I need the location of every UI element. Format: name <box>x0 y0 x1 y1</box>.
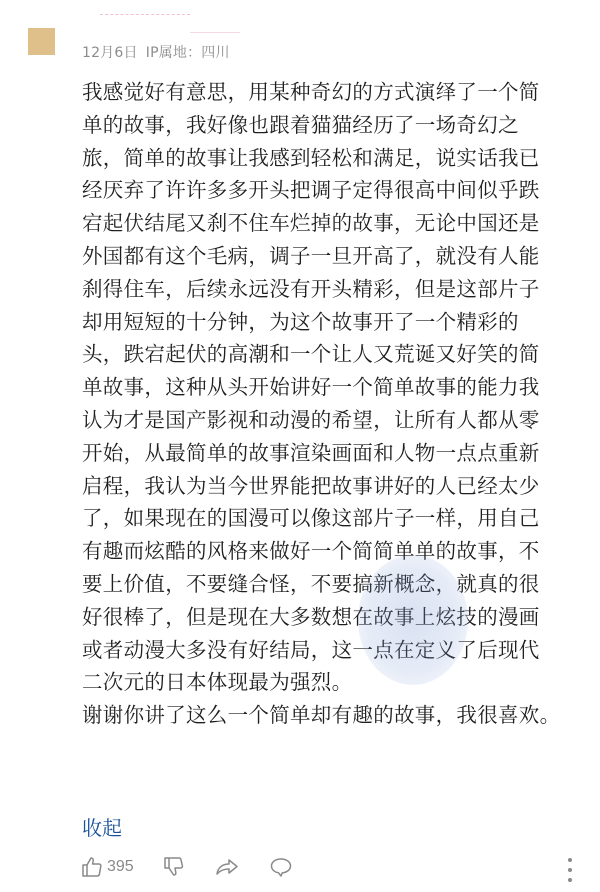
share-button[interactable] <box>214 855 240 879</box>
reply-button[interactable] <box>268 855 294 879</box>
comment-line: 或者动漫大多没有好结局，这一点在定义了后现代 <box>82 634 600 667</box>
like-button[interactable]: 395 <box>80 855 134 879</box>
thumbs-down-icon <box>162 855 186 879</box>
comment-line: 要上价值，不要缝合怪，不要搞新概念，就真的很 <box>82 568 600 601</box>
collapse-link[interactable]: 收起 <box>82 812 122 841</box>
comment-line: 却用短短的十分钟，为这个故事开了一个精彩的 <box>82 306 600 339</box>
comment-line: 二次元的日本体现最为强烈。 <box>82 666 600 699</box>
comment-line: 单故事，这种从头开始讲好一个简单故事的能力我 <box>82 371 600 404</box>
share-icon <box>214 855 240 879</box>
comment-line: 了，如果现在的国漫可以像这部片子一样，用自己 <box>82 502 600 535</box>
header-decoration <box>100 14 190 17</box>
avatar[interactable] <box>28 28 55 55</box>
comment-icon <box>268 855 294 879</box>
more-vertical-icon <box>568 878 572 882</box>
like-count: 395 <box>107 858 134 876</box>
dislike-button[interactable] <box>162 855 186 879</box>
comment-line: 旅，简单的故事让我感到轻松和满足，说实话我已 <box>82 142 600 175</box>
comment-line: 头，跌宕起伏的高潮和一个让人又荒诞又好笑的简 <box>82 338 600 371</box>
comment-line: 好很棒了，但是现在大多数想在故事上炫技的漫画 <box>82 601 600 634</box>
comment-line: 有趣而炫酷的风格来做好一个简简单单的故事，不 <box>82 535 600 568</box>
comment-line: 启程，我认为当今世界能把故事讲好的人已经太少 <box>82 470 600 503</box>
more-vertical-icon <box>568 868 572 872</box>
comment-line: 宕起伏结尾又刹不住车烂掉的故事，无论中国还是 <box>82 207 600 240</box>
thumbs-up-icon <box>80 855 104 879</box>
comment-line: 刹得住车，后续永远没有开头精彩，但是这部片子 <box>82 273 600 306</box>
comment-line: 单的故事，我好像也跟着猫猫经历了一场奇幻之 <box>82 109 600 142</box>
registered-mark-icon: ® <box>438 545 447 555</box>
comment-line: 经厌弃了许许多多开头把调子定得很高中间似乎跌 <box>82 174 600 207</box>
comment-line: 开始，从最简单的故事渲染画面和人物一点点重新 <box>82 437 600 470</box>
comment-body: 我感觉好有意思，用某种奇幻的方式演绎了一个简 单的故事，我好像也跟着猫猫经历了一… <box>82 76 600 732</box>
comment-line: 外国都有这个毛病，调子一旦开高了，就没有人能 <box>82 240 600 273</box>
comment-meta: 12月6日IP属地：四川 <box>82 42 230 62</box>
more-options-button[interactable] <box>566 858 574 882</box>
header-decoration <box>190 32 240 34</box>
ip-location: IP属地：四川 <box>146 45 230 61</box>
more-vertical-icon <box>568 858 572 862</box>
comment-actions: 395 <box>80 852 294 882</box>
comment-line: 认为才是国产影视和动漫的希望，让所有人都从零 <box>82 404 600 437</box>
comment-line: 谢谢你讲了这么一个简单却有趣的故事，我很喜欢。 <box>82 699 600 732</box>
comment-line: 我感觉好有意思，用某种奇幻的方式演绎了一个简 <box>82 76 600 109</box>
comment-date: 12月6日 <box>82 45 138 61</box>
